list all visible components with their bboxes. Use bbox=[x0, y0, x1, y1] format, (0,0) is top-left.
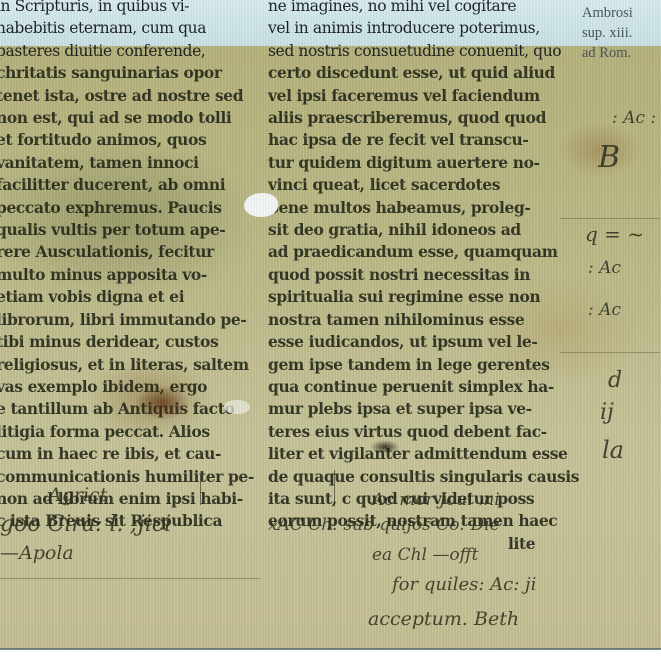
text-line: multo minus apposita vo- bbox=[0, 264, 251, 286]
text-line: certo discedunt esse, ut quid aliud bbox=[268, 62, 568, 84]
handwritten-note: ij bbox=[600, 400, 614, 425]
text-line: mur plebs ipsa et super ipsa ve- bbox=[268, 398, 568, 420]
paper-worn-spot bbox=[224, 400, 250, 414]
text-line: librorum, libri immutando pe- bbox=[0, 309, 251, 331]
pen-stroke bbox=[560, 218, 660, 219]
margin-note-line: sup. xiii. bbox=[582, 23, 633, 43]
text-line: in Scripturis, in quibus vi- bbox=[0, 0, 251, 17]
text-line: rere Ausculationis, fecitur bbox=[0, 241, 251, 263]
text-line: sit deo gratia, nihil idoneos ad bbox=[268, 219, 568, 241]
text-line: et fortitudo animos, quos bbox=[0, 129, 251, 151]
text-line: religiosus, et in literas, saltem bbox=[0, 354, 251, 376]
text-line: liter et vigilanter admittendum esse bbox=[268, 443, 568, 465]
pen-stroke bbox=[200, 475, 201, 505]
text-line: vel in animis introducere poterimus, bbox=[268, 17, 568, 39]
paper-hole bbox=[244, 193, 278, 217]
text-line: etiam vobis digna et ei bbox=[0, 286, 251, 308]
text-line: litigia forma peccat. Alios bbox=[0, 421, 251, 443]
ink-blot bbox=[370, 440, 400, 454]
text-line: e tantillum ab Antiquis facto bbox=[0, 398, 251, 420]
text-line: ne imagines, no mihi vel cogitare bbox=[268, 0, 568, 17]
text-line: bene multos habeamus, proleg- bbox=[268, 197, 568, 219]
handwritten-note: Ac mor Joui .ni bbox=[372, 490, 500, 510]
margin-note-line: Ambrosi bbox=[582, 3, 633, 23]
handwritten-note: for quiles: Ac: ji bbox=[392, 574, 536, 595]
text-line: de quaque consultis singularis causis bbox=[268, 466, 568, 488]
text-line: pasteres diuitie conferende, bbox=[0, 40, 251, 62]
text-line: nostra tamen nihilominus esse bbox=[268, 309, 568, 331]
text-line: tur quidem digitum auertere no- bbox=[268, 152, 568, 174]
text-line: qualis vultis per totum ape- bbox=[0, 219, 251, 241]
text-line: quod possit nostri necessitas in bbox=[268, 264, 568, 286]
handwritten-note: : Ac bbox=[588, 258, 621, 278]
text-line: vinci queat, licet sacerdotes bbox=[268, 174, 568, 196]
text-line: peccato exphremus. Paucis bbox=[0, 197, 251, 219]
text-line: teres eius virtus quod debent fac- bbox=[268, 421, 568, 443]
text-line: tibi minus deridear, custos bbox=[0, 331, 251, 353]
margin-note-line: ad Rom. bbox=[582, 43, 633, 63]
text-line: aliis praescriberemus, quod quod bbox=[268, 107, 568, 129]
right-text-column: ne imagines, no mihi vel cogitare vel in… bbox=[268, 0, 568, 555]
text-line: vel ipsi faceremus vel faciendum bbox=[268, 85, 568, 107]
document-page: in Scripturis, in quibus vi- habebitis e… bbox=[0, 0, 661, 650]
handwritten-note: ea Chl —offt bbox=[372, 545, 479, 565]
text-line: habebitis eternam, cum qua bbox=[0, 17, 251, 39]
text-line: cum in haec re ibis, et cau- bbox=[0, 443, 251, 465]
text-line: esse iudicandos, ut ipsum vel le- bbox=[268, 331, 568, 353]
text-line: non ad librum enim ipsi habi- bbox=[0, 488, 251, 510]
handwritten-note: B bbox=[598, 140, 620, 175]
handwritten-note: la bbox=[602, 436, 624, 464]
printed-margin-note: Ambrosi sup. xiii. ad Rom. bbox=[582, 3, 633, 63]
text-line: hac ipsa de re fecit vel transcu- bbox=[268, 129, 568, 151]
text-line: vas exemplo ibidem, ergo bbox=[0, 376, 251, 398]
handwritten-note: —Apola bbox=[0, 542, 74, 564]
text-line: chritatis sanguinarias opor bbox=[0, 62, 251, 84]
handwritten-note: : Ac bbox=[588, 300, 621, 320]
ink-stain bbox=[135, 385, 190, 420]
handwritten-note: Agrict bbox=[48, 484, 107, 506]
left-text-column: in Scripturis, in quibus vi- habebitis e… bbox=[0, 0, 251, 533]
text-line: sed nostris consuetudine conuenit, quo bbox=[268, 40, 568, 62]
handwritten-note: acceptum. Beth bbox=[368, 608, 519, 630]
handwritten-note: q = ~ bbox=[585, 222, 644, 246]
pen-stroke bbox=[560, 352, 660, 353]
text-line: vanitatem, tamen innoci bbox=[0, 152, 251, 174]
text-line: gem ipse tandem in lege gerentes bbox=[268, 354, 568, 376]
text-line: tenet ista, ostre ad nostre sed bbox=[0, 85, 251, 107]
handwritten-note: : Ac : bbox=[612, 108, 656, 128]
handwritten-note: xAC Ch: sub quijos Co: Die bbox=[268, 515, 500, 535]
text-line: facilitter ducerent, ab omni bbox=[0, 174, 251, 196]
pen-stroke bbox=[334, 470, 335, 506]
page-bottom-edge bbox=[0, 648, 661, 650]
text-line: qua continue peruenit simplex ha- bbox=[268, 376, 568, 398]
text-line: ad praedicandum esse, quamquam bbox=[268, 241, 568, 263]
text-line: non est, qui ad se modo tolli bbox=[0, 107, 251, 129]
pen-stroke bbox=[0, 578, 260, 579]
text-line: communicationis humiliter pe- bbox=[0, 466, 251, 488]
handwritten-note: goo Cira: l. ;jici bbox=[0, 512, 171, 537]
handwritten-note: d bbox=[608, 368, 622, 393]
text-line: spiritualia sui regimine esse non bbox=[268, 286, 568, 308]
